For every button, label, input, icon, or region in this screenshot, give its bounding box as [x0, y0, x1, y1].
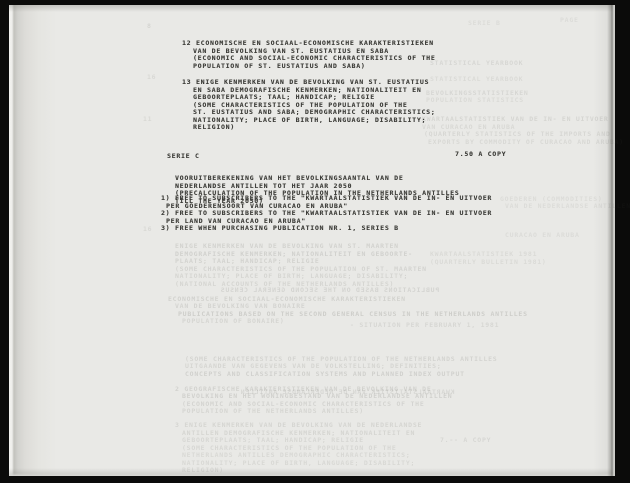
- bleedthrough-line: PAGE: [560, 17, 579, 25]
- footnote-3-line: 3) FREE WHEN PURCHASING PUBLICATION NR. …: [161, 225, 492, 233]
- catalog-entry-12: 12 ECONOMISCHE EN SOCIAAL-ECONOMISCHE KA…: [182, 40, 436, 70]
- entry-13-line: RELIGION): [182, 124, 436, 132]
- bleedthrough-line: POPULATION OF THE NETHERLANDS ANTILLES): [182, 408, 364, 416]
- bleedthrough-line: 11: [143, 116, 152, 124]
- bleedthrough-line: 16: [147, 74, 156, 82]
- bleedthrough-line: STATISTICAL YEARBOOK: [430, 76, 523, 84]
- bleedthrough-line: CONCEPTS AND CLASSIFICATION SYSTEMS AND …: [185, 371, 465, 379]
- serie-c-label: SERIE C: [167, 153, 459, 161]
- scanned-catalog-page: PAGESERIE B8STATISTICAL YEARBOOK16STATIS…: [0, 0, 630, 483]
- bleedthrough-line: CURACAO EN ARUBA: [505, 232, 580, 240]
- bleedthrough-line: POPULATION STATISTICS: [426, 97, 524, 105]
- bleedthrough-line: RELIGION): [182, 467, 224, 475]
- price-note: 7.50 A COPY: [455, 151, 506, 159]
- bleedthrough-line: - SITUATION PER FEBRUARY 1, 1981: [350, 322, 499, 330]
- bleedthrough-line: PUBLICATIONS BASED ON THE SECOND GENERAL…: [220, 287, 439, 295]
- bleedthrough-line: POPULATION OF BONAIRE): [182, 318, 285, 326]
- catalog-entry-13: 13 ENIGE KENMERKEN VAN DE BEVOLKING VAN …: [182, 79, 436, 132]
- bleedthrough-line: 8: [147, 23, 152, 31]
- bleedthrough-line: SERIE B: [468, 20, 501, 28]
- bleedthrough-line: VAN DE NEDERLANDSE ANTILLEN: [505, 203, 630, 211]
- footnotes: 1) FREE TO SUBSCRIBERS TO THE "KWARTAALS…: [161, 195, 492, 233]
- bleedthrough-line: STATISTICAL YEARBOOK: [430, 60, 523, 68]
- bleedthrough-line: 16: [143, 226, 152, 234]
- bleedthrough-line: 7.-- A COPY: [440, 437, 491, 445]
- entry-12-line: POPULATION OF ST. EUSTATIUS AND SABA): [182, 63, 436, 71]
- bleedthrough-line: (QUARTERLY BULLETIN 1981): [430, 259, 547, 267]
